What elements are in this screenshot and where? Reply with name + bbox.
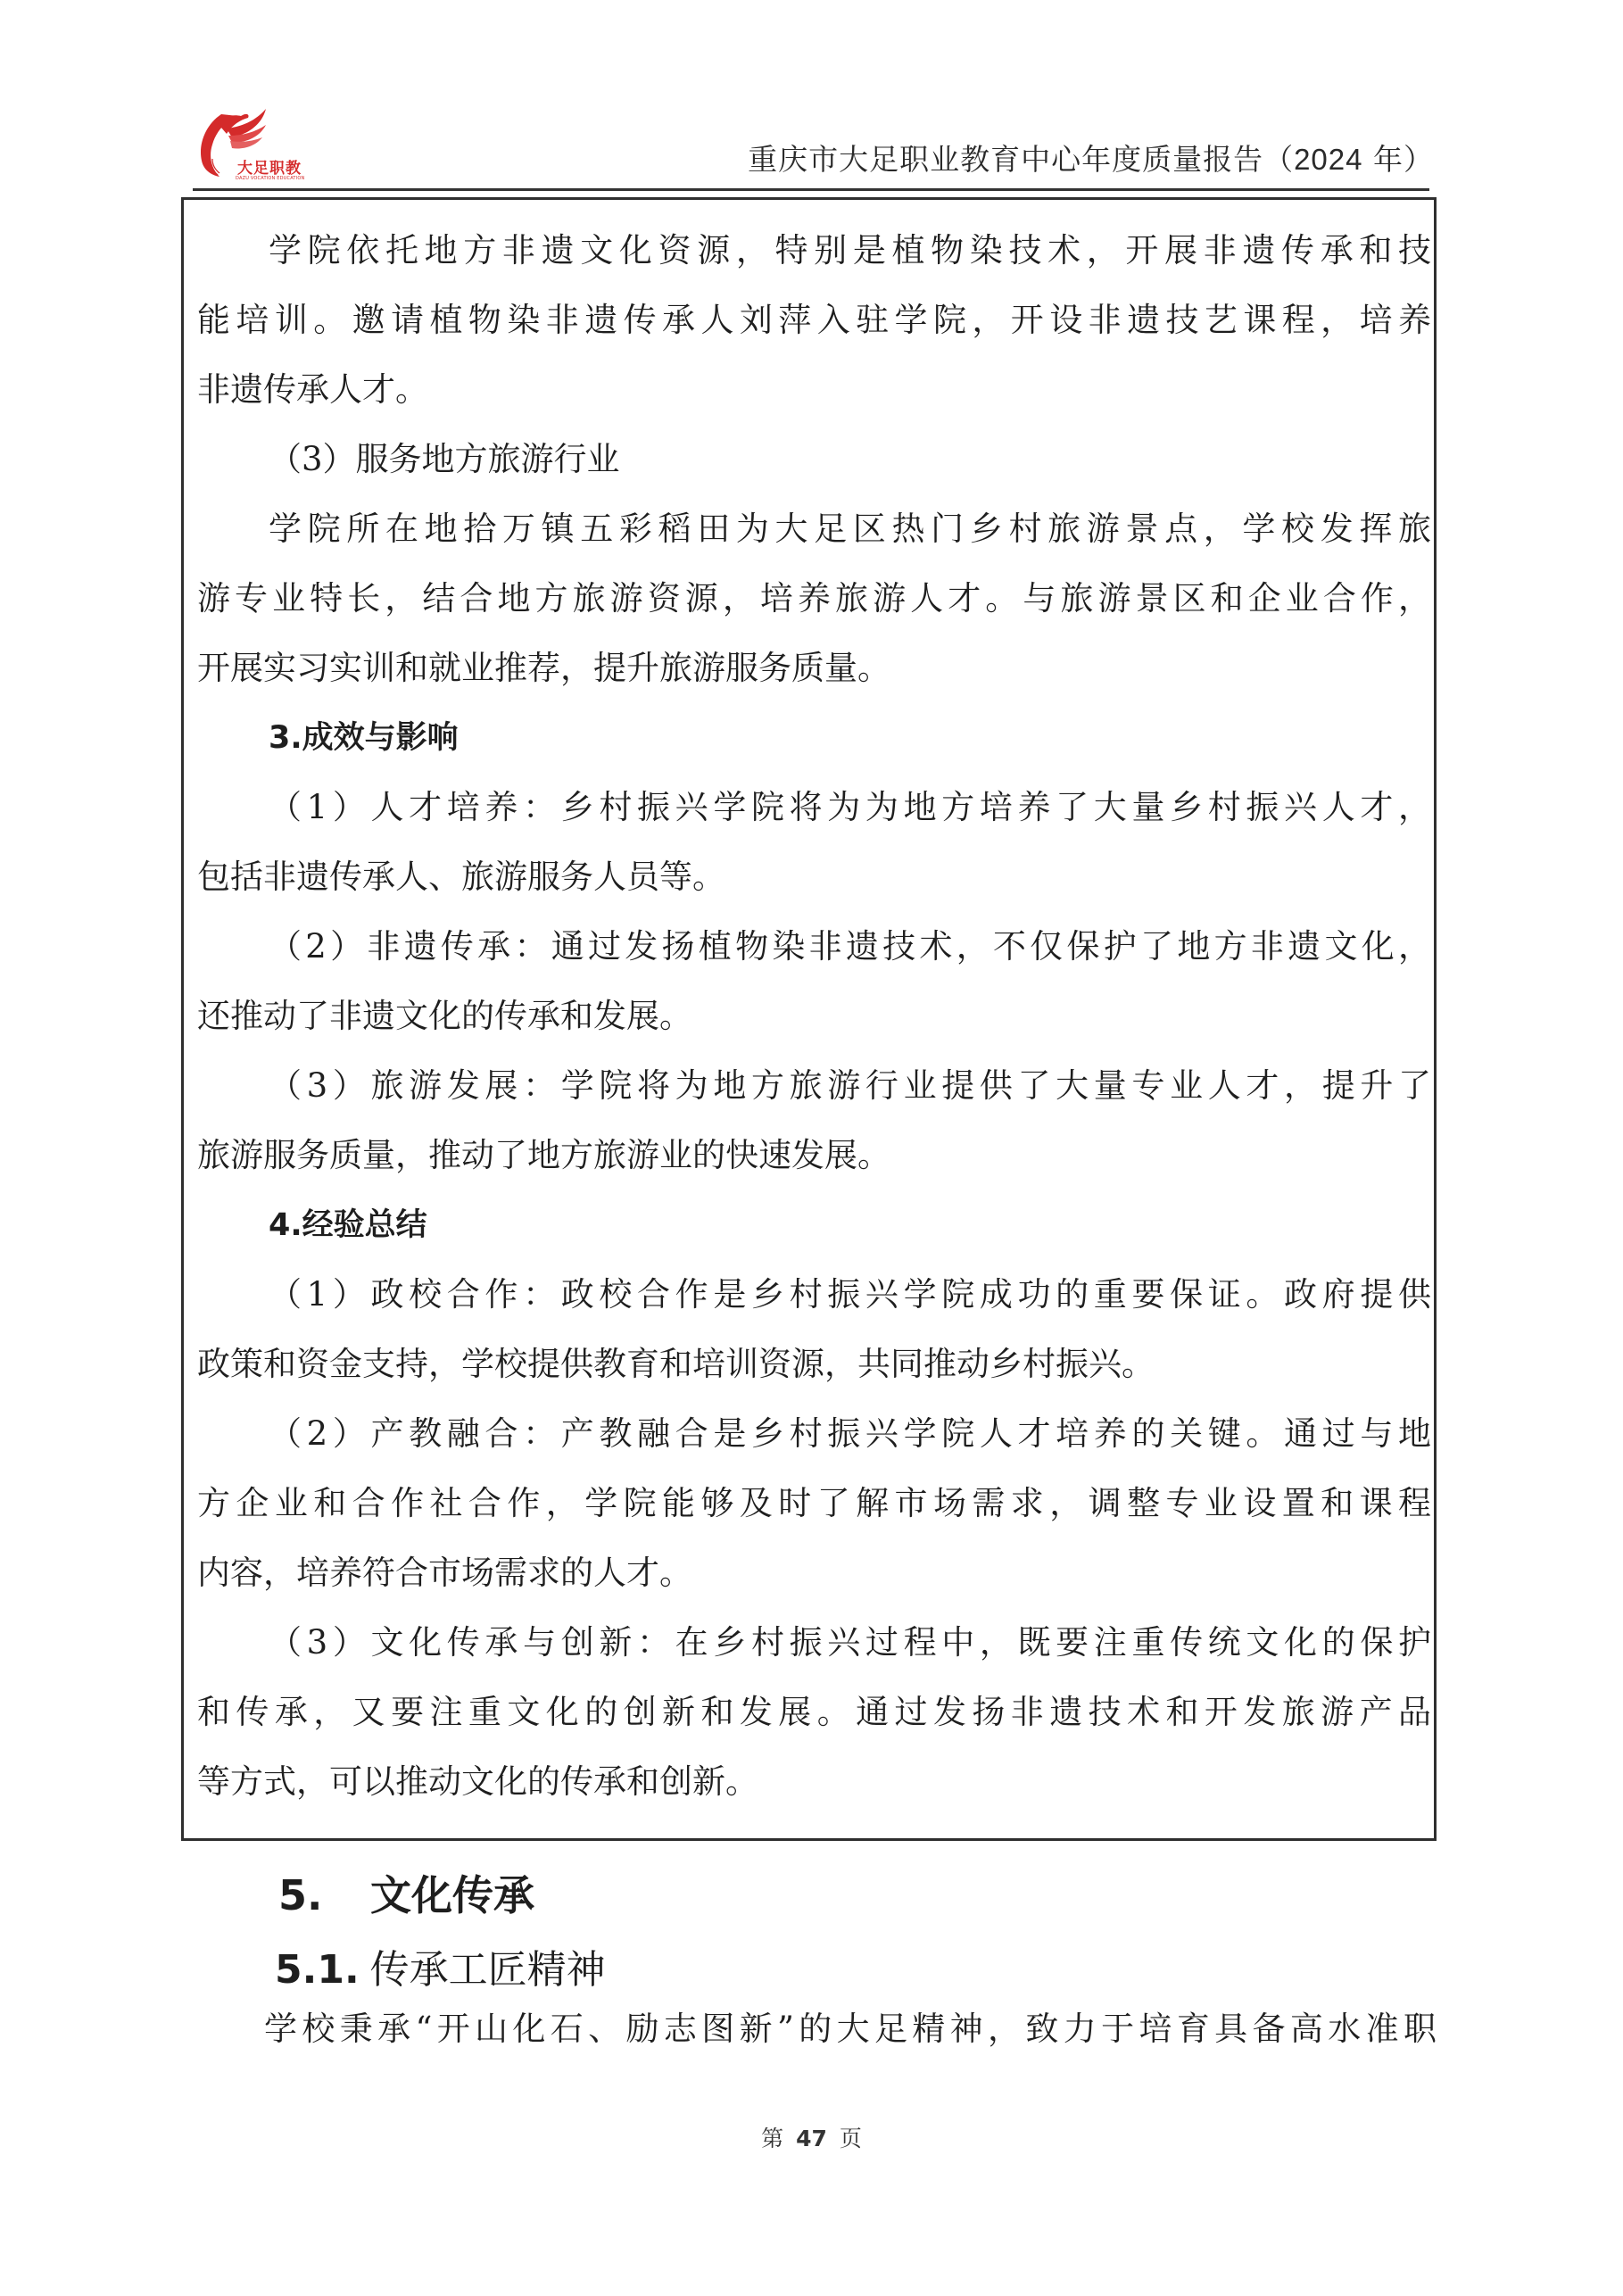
- report-title-prefix: 重庆市大足职业教育中心年度质量报告（: [748, 142, 1294, 177]
- box-text-line: 开展实习实训和就业推荐，提升旅游服务质量。: [197, 634, 1431, 703]
- case-study-text: 学院依托地方非遗文化资源，特别是植物染技术，开展非遗传承和技能培训。邀请植物染非…: [197, 216, 1431, 1817]
- box-subheading: 4.经验总结: [197, 1190, 1431, 1260]
- box-text-line: 方企业和合作社合作，学院能够及时了解市场需求，调整专业设置和课程: [197, 1469, 1431, 1538]
- page-footer: 第47页: [0, 2121, 1623, 2153]
- section-number: 5.: [278, 1871, 370, 1919]
- subsection-number: 5.1.: [275, 1947, 360, 1993]
- box-text-line: （3）旅游发展：学院将为地方旅游行业提供了大量专业人才，提升了: [197, 1051, 1431, 1121]
- logo-name: 大足职教: [237, 155, 302, 178]
- box-text-line: （1）人才培养：乡村振兴学院将为为地方培养了大量乡村振兴人才，: [197, 773, 1431, 842]
- box-text-line: （1）政校合作：政校合作是乡村振兴学院成功的重要保证。政府提供: [197, 1260, 1431, 1330]
- page-prefix: 第: [761, 2126, 783, 2151]
- box-text-line: 政策和资金支持，学校提供教育和培训资源，共同推动乡村振兴。: [197, 1330, 1431, 1399]
- box-text-line: （3）服务地方旅游行业: [197, 425, 1431, 494]
- section-heading-5-1: 5.1.传承工匠精神: [275, 1937, 606, 1994]
- box-text-line: 包括非遗传承人、旅游服务人员等。: [197, 842, 1431, 912]
- box-text-line: 内容，培养符合市场需求的人才。: [197, 1538, 1431, 1608]
- section-heading-5: 5.文化传承: [278, 1863, 534, 1922]
- page-suffix: 页: [840, 2126, 862, 2151]
- box-text-line: 学院所在地拾万镇五彩稻田为大足区热门乡村旅游景点，学校发挥旅: [197, 494, 1431, 564]
- box-text-line: （3）文化传承与创新：在乡村振兴过程中，既要注重传统文化的保护: [197, 1608, 1431, 1678]
- section-body-paragraph: 学校秉承“开山化石、励志图新”的大足精神，致力于培育具备高水准职: [264, 2002, 1437, 2056]
- box-text-line: 和传承，又要注重文化的创新和发展。通过发扬非遗技术和开发旅游产品: [197, 1678, 1431, 1747]
- box-subheading: 3.成效与影响: [197, 703, 1431, 773]
- box-text-line: 学院依托地方非遗文化资源，特别是植物染技术，开展非遗传承和技: [197, 216, 1431, 286]
- box-text-line: 游专业特长，结合地方旅游资源，培养旅游人才。与旅游景区和企业合作，: [197, 564, 1431, 634]
- section-title: 文化传承: [370, 1871, 534, 1919]
- box-text-line: 非遗传承人才。: [197, 355, 1431, 425]
- box-text-line: 等方式，可以推动文化的传承和创新。: [197, 1747, 1431, 1817]
- box-text-line: 还推动了非遗文化的传承和发展。: [197, 982, 1431, 1051]
- page-number: 47: [796, 2126, 827, 2151]
- report-title-suffix: 年）: [1363, 142, 1435, 177]
- box-text-line: （2）非遗传承：通过发扬植物染非遗技术，不仅保护了地方非遗文化，: [197, 912, 1431, 982]
- school-logo: 大足职教 DAZU VOCATION EDUCATION: [196, 109, 303, 187]
- box-text-line: 能培训。邀请植物染非遗传承人刘萍入驻学院，开设非遗技艺课程，培养: [197, 286, 1431, 355]
- case-study-box: 学院依托地方非遗文化资源，特别是植物染技术，开展非遗传承和技能培训。邀请植物染非…: [181, 197, 1437, 1841]
- report-title: 重庆市大足职业教育中心年度质量报告（2024 年）: [748, 137, 1434, 178]
- report-year: 2024: [1294, 143, 1362, 176]
- box-text-line: （2）产教融合：产教融合是乡村振兴学院人才培养的关键。通过与地: [197, 1399, 1431, 1469]
- logo-subtitle: DAZU VOCATION EDUCATION: [236, 176, 304, 181]
- header-divider: [193, 188, 1429, 191]
- box-text-line: 旅游服务质量，推动了地方旅游业的快速发展。: [197, 1121, 1431, 1190]
- subsection-title: 传承工匠精神: [370, 1947, 606, 1993]
